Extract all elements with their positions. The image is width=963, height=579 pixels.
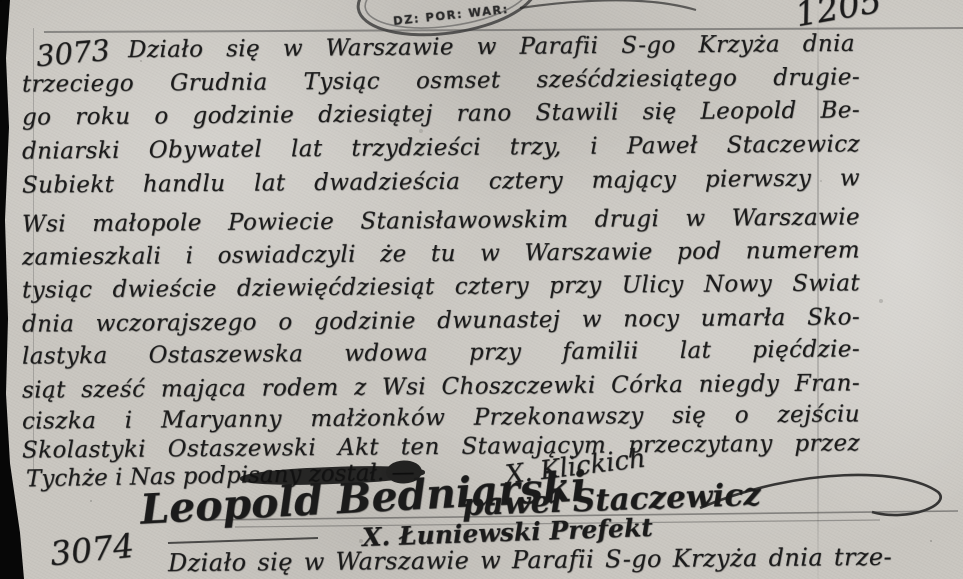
record-line-3: go roku o godzinie dziesiątej rano Stawi…	[22, 99, 860, 129]
record-line-5: Subiekt handlu lat dwadzieścia cztery ma…	[22, 167, 860, 197]
record-line-2: trzeciego Grudnia Tysiąc osmset sześćdzi…	[22, 66, 860, 96]
record-line-9: dnia wczorajszego o godzinie dwunastej w…	[22, 306, 860, 336]
record-line-6: Wsi małopole Powiecie Stanisławowskim dr…	[22, 206, 860, 236]
record-3074-first-line: Działo się w Warszawie w Parafii S-go Kr…	[168, 545, 892, 575]
record-line-8: tysiąc dwieście dziewięćdziesiąt cztery …	[22, 272, 860, 302]
record-line-4: dniarski Obywatel lat trzydzieści trzy, …	[22, 133, 860, 163]
page-number: 1205	[792, 0, 884, 35]
document-scan: DZ: POR: WAR: 1205 3073 Działo się w War…	[0, 0, 963, 579]
pen-stroke-top	[520, 0, 696, 10]
record-line-12: ciszka i Maryanny małżonków Przekonawszy…	[22, 403, 860, 433]
paper-specks	[0, 0, 2, 2]
record-number-3073: 3073	[35, 33, 111, 73]
record-line-1: Działo się w Warszawie w Parafii S-go Kr…	[128, 33, 855, 62]
record-line-7: zamieszkali i oswiadczyli że tu w Warsza…	[22, 239, 860, 269]
record-line-13: Skolastyki Ostaszewski Akt ten Stawający…	[22, 432, 860, 462]
stamp-text: DZ: POR: WAR:	[388, 1, 515, 28]
record-line-11: siąt sześć mająca rodem z Wsi Choszczewk…	[22, 372, 860, 402]
pen-dash-3074	[168, 538, 318, 543]
record-line-10: lastyka Ostaszewska wdowa przy familii l…	[22, 338, 860, 368]
record-number-3074: 3074	[48, 526, 136, 574]
